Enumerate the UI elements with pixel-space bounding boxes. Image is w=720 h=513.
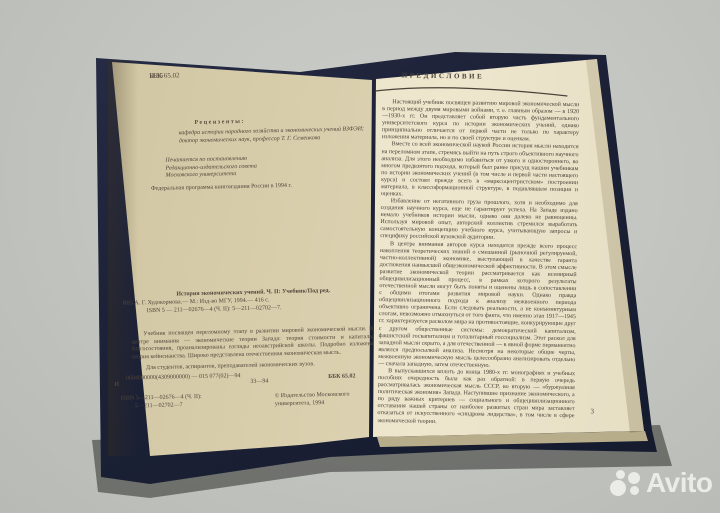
header-rule <box>373 82 571 99</box>
avito-logo-dot-tiny <box>630 486 639 495</box>
preface-paragraph: В центре внимания авторов курса находитс… <box>378 241 577 371</box>
page-number: 3 <box>590 407 594 416</box>
imprimatur-text: Печатается по постановлению Редакционно-… <box>165 154 345 181</box>
avito-watermark-label: Avito <box>646 467 712 499</box>
preface-body: Настоящий учебник посвящен развитию миро… <box>377 99 579 428</box>
bbk-right: ББК 65.02 <box>328 373 355 381</box>
reviewers-label: Рецензенты: <box>194 119 245 128</box>
avito-logo-dot-large <box>610 480 626 496</box>
print-code-fraction: 0604000000(4309000000) — 015 077(02)—94 <box>124 373 242 383</box>
left-page-content: ББК 65.02 И 85 Рецензенты: кафедра истор… <box>105 54 394 460</box>
preface-paragraph: Избавление от негативного груза прошлого… <box>380 198 578 244</box>
preface-paragraph: Настоящий учебник посвящен развитию миро… <box>382 99 580 145</box>
isbn-line2: 5—211—02702—7 <box>135 402 183 411</box>
reviewers-text: кафедра истории народного хозяйства и эк… <box>179 126 391 146</box>
audience-line: Для студентов, аспирантов, преподавателе… <box>146 360 376 373</box>
avito-watermark: Avito <box>608 464 718 506</box>
preface-header: ПРЕДИСЛОВИЕ <box>402 71 485 81</box>
print-code-suffix: 33—94 <box>250 378 268 386</box>
federal-program-line: Федеральная программа книгоиздания Росси… <box>151 181 381 194</box>
right-page-content: ПРЕДИСЛОВИЕ Настоящий учебник посвящен р… <box>372 58 606 442</box>
print-code-denominator: 077(02)—94 <box>209 373 240 380</box>
preface-paragraph: Вместе со всей экономической наукой Росс… <box>381 142 579 202</box>
avito-logo-dot-small <box>616 470 625 479</box>
preface-paragraph: В выпускавшихся вплоть до конца 1980-х г… <box>377 368 575 428</box>
bbk-line2: И 85 <box>149 72 163 81</box>
annotation-text: Учебник посвящен переломному этапу в раз… <box>131 326 374 361</box>
print-code-letter: И <box>114 382 119 390</box>
print-code-numerator: 0604000000(4309000000) — 015 <box>126 374 208 382</box>
book-photo: ББК 65.02 И 85 Рецензенты: кафедра истор… <box>0 0 720 513</box>
avito-logo-dot-medium <box>628 472 640 484</box>
bbk-code: ББК 65.02 И 85 <box>149 71 209 72</box>
